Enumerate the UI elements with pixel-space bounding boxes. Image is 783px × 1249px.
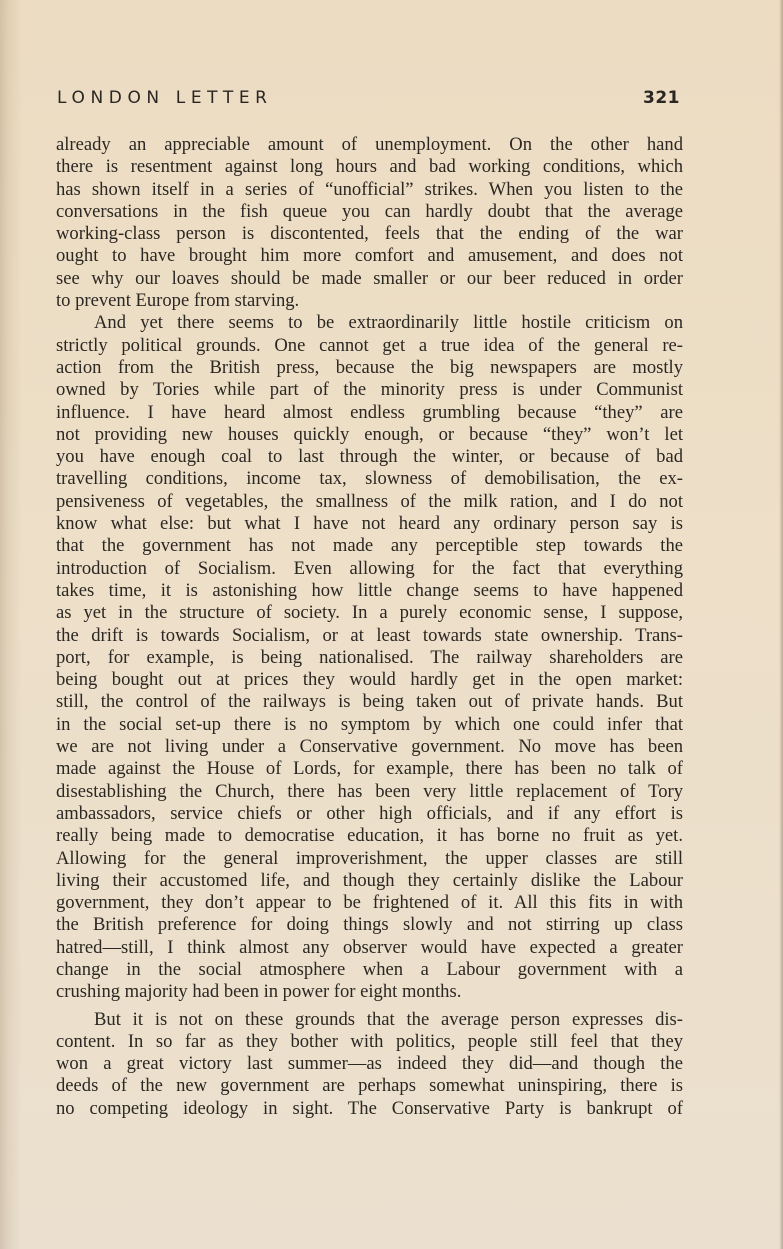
- text-line: But it is not on these grounds that the …: [56, 1009, 683, 1031]
- text-line: as yet in the structure of society. In a…: [56, 602, 683, 624]
- text-line: working-class person is discontented, fe…: [56, 223, 683, 245]
- text-line: that the government has not made any per…: [56, 535, 683, 557]
- text-line: already an appreciable amount of unemplo…: [56, 134, 683, 156]
- text-line: to prevent Europe from starving.: [56, 290, 683, 312]
- text-line: hatred—still, I think almost any observe…: [56, 937, 683, 959]
- text-line: change in the social atmosphere when a L…: [56, 959, 683, 981]
- text-line: ought to have brought him more comfort a…: [56, 245, 683, 267]
- text-line: not providing new houses quickly enough,…: [56, 424, 683, 446]
- text-line: Allowing for the general improverishment…: [56, 848, 683, 870]
- text-line: port, for example, is being nationalised…: [56, 647, 683, 669]
- running-title: LONDON LETTER: [57, 88, 273, 108]
- text-line: pensiveness of vegetables, the smallness…: [56, 491, 683, 513]
- running-head: LONDON LETTER 321: [57, 88, 682, 114]
- text-line: being bought out at prices they would ha…: [56, 669, 683, 691]
- text-line: the British preference for doing things …: [56, 914, 683, 936]
- text-line: disestablishing the Church, there has be…: [56, 781, 683, 803]
- text-line: see why our loaves should be made smalle…: [56, 268, 683, 290]
- book-page: LONDON LETTER 321 already an appreciable…: [0, 0, 783, 1249]
- text-line: living their accustomed life, and though…: [56, 870, 683, 892]
- text-line: introduction of Socialism. Even allowing…: [56, 558, 683, 580]
- text-line: And yet there seems to be extraordinaril…: [56, 312, 683, 334]
- text-line: there is resentment against long hours a…: [56, 156, 683, 178]
- text-line: government, they don’t appear to be frig…: [56, 892, 683, 914]
- paragraph-3: But it is not on these grounds that the …: [56, 1009, 683, 1120]
- text-line: we are not living under a Conservative g…: [56, 736, 683, 758]
- text-line: owned by Tories while part of the minori…: [56, 379, 683, 401]
- text-line: still, the control of the railways is be…: [56, 691, 683, 713]
- page-number: 321: [643, 88, 680, 108]
- paragraph-2: And yet there seems to be extraordinaril…: [56, 312, 683, 1003]
- paragraph-1: already an appreciable amount of unemplo…: [56, 134, 683, 312]
- text-line: know what else: but what I have not hear…: [56, 513, 683, 535]
- text-line: action from the British press, because t…: [56, 357, 683, 379]
- text-line: ambassadors, service chiefs or other hig…: [56, 803, 683, 825]
- text-line: won a great victory last summer—as indee…: [56, 1053, 683, 1075]
- text-line: content. In so far as they bother with p…: [56, 1031, 683, 1053]
- text-line: takes time, it is astonishing how little…: [56, 580, 683, 602]
- text-line: influence. I have heard almost endless g…: [56, 402, 683, 424]
- page-edge-shadow: [779, 0, 783, 1249]
- text-line: has shown itself in a series of “unoffic…: [56, 179, 683, 201]
- text-line: in the social set-up there is no symptom…: [56, 714, 683, 736]
- text-line: crushing majority had been in power for …: [56, 981, 683, 1003]
- text-line: made against the House of Lords, for exa…: [56, 758, 683, 780]
- text-line: the drift is towards Socialism, or at le…: [56, 625, 683, 647]
- text-line: no competing ideology in sight. The Cons…: [56, 1098, 683, 1120]
- text-line: strictly political grounds. One cannot g…: [56, 335, 683, 357]
- body-text: already an appreciable amount of unemplo…: [56, 134, 683, 1120]
- text-line: conversations in the fish queue you can …: [56, 201, 683, 223]
- text-line: deeds of the new government are perhaps …: [56, 1075, 683, 1097]
- text-line: travelling conditions, income tax, slown…: [56, 468, 683, 490]
- text-line: really being made to democratise educati…: [56, 825, 683, 847]
- text-line: you have enough coal to last through the…: [56, 446, 683, 468]
